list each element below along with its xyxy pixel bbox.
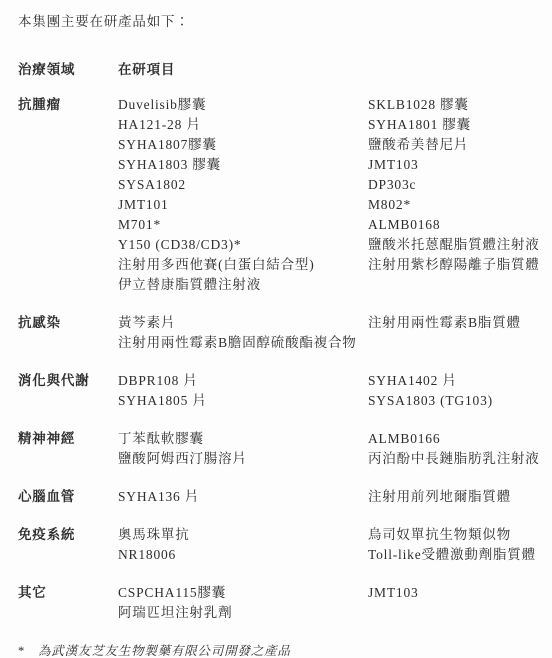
pipeline-list-right: 注射用前列地爾脂質體 [368, 487, 536, 507]
pipeline-item: 奧馬珠單抗 [118, 525, 368, 545]
therapy-area-label: 精神神經 [18, 429, 118, 469]
pipeline-item: DBPR108 片 [118, 371, 368, 391]
pipeline-list-left: 丁苯酞軟膠囊鹽酸阿姆西汀腸溶片 [118, 429, 368, 469]
pipeline-item: HA121-28 片 [118, 115, 368, 135]
pipeline-item: CSPCHA115膠囊 [118, 583, 368, 603]
pipeline-list-left: CSPCHA115膠囊阿瑞匹坦注射乳劑 [118, 583, 368, 623]
pipeline-item: 丙泊酚中長鏈脂肪乳注射液 [368, 449, 540, 469]
pipeline-item: M802* [368, 195, 540, 215]
therapy-area-label: 其它 [18, 583, 118, 623]
therapy-area-label: 免疫系統 [18, 525, 118, 565]
column-header-therapy-area: 治療領域 [18, 60, 118, 80]
pipeline-item: 伊立替康脂質體注射液 [118, 275, 368, 295]
pipeline-list-left: 黃芩素片注射用兩性霉素B膽固醇硫酸酯複合物 [118, 313, 368, 353]
pipeline-item: SYHA1807膠囊 [118, 135, 368, 155]
therapy-section: 精神神經 丁苯酞軟膠囊鹽酸阿姆西汀腸溶片 ALMB0166丙泊酚中長鏈脂肪乳注射… [18, 429, 536, 469]
therapy-section: 抗感染 黃芩素片注射用兩性霉素B膽固醇硫酸酯複合物 注射用兩性霉素B脂質體 [18, 313, 536, 353]
pipeline-list-right: 烏司奴單抗生物類似物Toll-like受體激動劑脂質體 [368, 525, 536, 565]
pipeline-item: SYSA1802 [118, 175, 368, 195]
pipeline-list-left: Duvelisib膠囊HA121-28 片SYHA1807膠囊SYHA1803 … [118, 95, 368, 295]
therapy-area-label: 消化與代謝 [18, 371, 118, 411]
pipeline-item: ALMB0168 [368, 215, 540, 235]
pipeline-item: DP303c [368, 175, 540, 195]
pipeline-item: 注射用前列地爾脂質體 [368, 487, 536, 507]
pipeline-item: SYHA1801 膠囊 [368, 115, 540, 135]
pipeline-item: 阿瑞匹坦注射乳劑 [118, 603, 368, 623]
pipeline-item: 鹽酸希美替尼片 [368, 135, 540, 155]
pipeline-list-right: JMT103 [368, 583, 536, 623]
therapy-section: 免疫系統 奧馬珠單抗NR18006 烏司奴單抗生物類似物Toll-like受體激… [18, 525, 536, 565]
table-header-row: 治療領域 在研項目 [18, 60, 536, 80]
pipeline-list-right: SKLB1028 膠囊SYHA1801 膠囊鹽酸希美替尼片JMT103DP303… [368, 95, 540, 295]
therapy-section: 消化與代謝 DBPR108 片SYHA1805 片 SYHA1402 片SYSA… [18, 371, 536, 411]
pipeline-item: JMT103 [368, 155, 540, 175]
pipeline-item: Toll-like受體激動劑脂質體 [368, 545, 536, 565]
pipeline-item: JMT103 [368, 583, 536, 603]
pipeline-item: ALMB0166 [368, 429, 540, 449]
pipeline-item: 烏司奴單抗生物類似物 [368, 525, 536, 545]
therapy-section: 其它 CSPCHA115膠囊阿瑞匹坦注射乳劑 JMT103 [18, 583, 536, 623]
pipeline-item: 注射用兩性霉素B膽固醇硫酸酯複合物 [118, 333, 368, 353]
pipeline-item: Duvelisib膠囊 [118, 95, 368, 115]
therapy-area-label: 心腦血管 [18, 487, 118, 507]
column-header-pipeline: 在研項目 [118, 60, 536, 80]
pipeline-item: SYHA1803 膠囊 [118, 155, 368, 175]
pipeline-list-right: ALMB0166丙泊酚中長鏈脂肪乳注射液 [368, 429, 540, 469]
pipeline-item: SYHA1402 片 [368, 371, 536, 391]
pipeline-list-right: 注射用兩性霉素B脂質體 [368, 313, 536, 353]
pipeline-item: M701* [118, 215, 368, 235]
pipeline-item: NR18006 [118, 545, 368, 565]
footnote-marker: * [18, 641, 38, 658]
therapy-area-label: 抗腫瘤 [18, 95, 118, 295]
therapy-section: 抗腫瘤 Duvelisib膠囊HA121-28 片SYHA1807膠囊SYHA1… [18, 95, 536, 295]
pipeline-list-right: SYHA1402 片SYSA1803 (TG103) [368, 371, 536, 411]
therapy-area-label: 抗感染 [18, 313, 118, 353]
pipeline-table: 治療領域 在研項目 抗腫瘤 Duvelisib膠囊HA121-28 片SYHA1… [18, 60, 536, 623]
pipeline-item: Y150 (CD38/CD3)* [118, 235, 368, 255]
pipeline-item: 鹽酸米托蒽醌脂質體注射液 [368, 235, 540, 255]
table-body: 抗腫瘤 Duvelisib膠囊HA121-28 片SYHA1807膠囊SYHA1… [18, 95, 536, 623]
pipeline-item: 黃芩素片 [118, 313, 368, 333]
pipeline-list-left: SYHA136 片 [118, 487, 368, 507]
footnote-text: 為武漢友芝友生物製藥有限公司開發之產品 [38, 641, 291, 658]
pipeline-list-left: 奧馬珠單抗NR18006 [118, 525, 368, 565]
footnote: * 為武漢友芝友生物製藥有限公司開發之產品 [18, 641, 536, 658]
pipeline-item: 鹽酸阿姆西汀腸溶片 [118, 449, 368, 469]
pipeline-item: SYSA1803 (TG103) [368, 391, 536, 411]
therapy-section: 心腦血管 SYHA136 片 注射用前列地爾脂質體 [18, 487, 536, 507]
pipeline-item: SYHA1805 片 [118, 391, 368, 411]
pipeline-item: SKLB1028 膠囊 [368, 95, 540, 115]
pipeline-item: 注射用多西他賽(白蛋白結合型) [118, 255, 368, 275]
pipeline-item: 注射用兩性霉素B脂質體 [368, 313, 536, 333]
pipeline-item: 注射用紫杉醇陽離子脂質體 [368, 255, 540, 275]
pipeline-item: SYHA136 片 [118, 487, 368, 507]
pipeline-item: 丁苯酞軟膠囊 [118, 429, 368, 449]
document-page: 本集團主要在研產品如下： 治療領域 在研項目 抗腫瘤 Duvelisib膠囊HA… [0, 0, 552, 658]
pipeline-list-left: DBPR108 片SYHA1805 片 [118, 371, 368, 411]
intro-text: 本集團主要在研產品如下： [18, 12, 536, 32]
pipeline-item: JMT101 [118, 195, 368, 215]
